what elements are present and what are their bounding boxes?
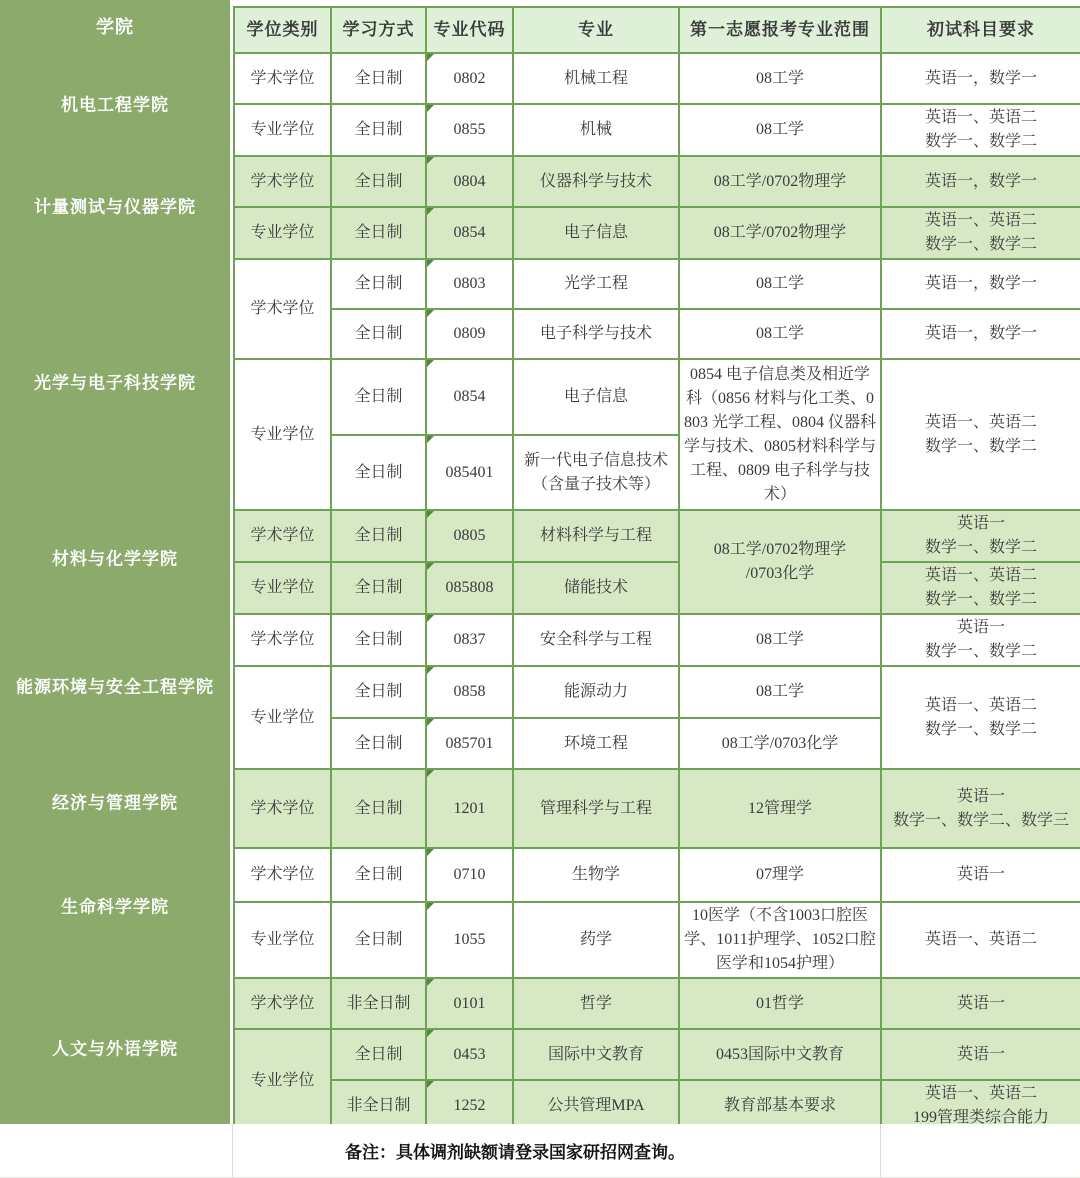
cell-degree: 学术学位 <box>234 848 331 902</box>
col-header-scope: 第一志愿报考专业范围 <box>679 7 881 53</box>
col-header-mode: 学习方式 <box>331 7 426 53</box>
cell-mode: 全日制 <box>331 435 426 510</box>
college-name: 生命科学学院 <box>0 893 230 918</box>
cell-code: 0855 <box>426 104 513 156</box>
cell-mode: 全日制 <box>331 614 426 666</box>
college-column-header: 学院 <box>0 13 230 39</box>
cell-code: 0804 <box>426 156 513 207</box>
cell-code: 0803 <box>426 259 513 309</box>
cell-major: 新一代电子信息技术 （含量子技术等） <box>513 435 679 510</box>
cell-degree: 专业学位 <box>234 666 331 769</box>
college-name: 光学与电子科技学院 <box>0 369 230 394</box>
cell-exam: 英语一、英语二 数学一、数学二 <box>881 104 1080 156</box>
cell-code: 0854 <box>426 359 513 435</box>
cell-corner-flag-icon <box>427 979 434 986</box>
college-name: 计量测试与仪器学院 <box>0 193 230 218</box>
cell-exam: 英语一 <box>881 848 1080 902</box>
cell-corner-flag-icon <box>427 511 434 518</box>
cell-degree: 学术学位 <box>234 53 331 104</box>
cell-corner-flag-icon <box>427 563 434 570</box>
cell-corner-flag-icon <box>427 1081 434 1088</box>
cell-degree: 学术学位 <box>234 769 331 848</box>
cell-code: 0809 <box>426 309 513 359</box>
code-text: 0854 <box>454 224 486 241</box>
cell-corner-flag-icon <box>427 54 434 61</box>
cell-mode: 全日制 <box>331 769 426 848</box>
cell-scope: 10医学（不含1003口腔医学、1011护理学、1052口腔医学和1054护理） <box>679 902 881 978</box>
cell-code: 085401 <box>426 435 513 510</box>
code-text: 0803 <box>454 275 486 292</box>
cell-mode: 全日制 <box>331 156 426 207</box>
cell-mode: 全日制 <box>331 207 426 259</box>
admission-table: 学位类别 学习方式 专业代码 专业 第一志愿报考专业范围 初试科目要求 学术学位… <box>233 6 1080 1133</box>
cell-degree: 专业学位 <box>234 207 331 259</box>
cell-major: 仪器科学与技术 <box>513 156 679 207</box>
cell-mode: 全日制 <box>331 1029 426 1080</box>
table-row: 专业学位 全日制 0854 电子信息 08工学/0702物理学 英语一、英语二 … <box>234 207 1080 259</box>
cell-code: 0710 <box>426 848 513 902</box>
cell-exam: 英语一 数学一、数学二、数学三 <box>881 769 1080 848</box>
code-text: 0710 <box>454 866 486 883</box>
cell-code: 0805 <box>426 510 513 562</box>
cell-mode: 全日制 <box>331 718 426 769</box>
cell-major: 哲学 <box>513 978 679 1029</box>
cell-degree: 专业学位 <box>234 1029 331 1132</box>
table-row: 学术学位 非全日制 0101 哲学 01哲学 英语一 <box>234 978 1080 1029</box>
code-text: 085701 <box>446 735 494 752</box>
cell-corner-flag-icon <box>427 360 434 367</box>
cell-degree: 专业学位 <box>234 359 331 510</box>
cell-scope: 08工学/0702物理学 <box>679 207 881 259</box>
cell-scope: 07理学 <box>679 848 881 902</box>
table-row: 专业学位 全日制 1055 药学 10医学（不含1003口腔医学、1011护理学… <box>234 902 1080 978</box>
cell-corner-flag-icon <box>427 667 434 674</box>
cell-corner-flag-icon <box>427 310 434 317</box>
admission-adjustment-table-page: 学院 机电工程学院 计量测试与仪器学院 光学与电子科技学院 材料与化学学院 能源… <box>0 0 1080 1178</box>
cell-exam: 英语一、英语二 数学一、数学二 <box>881 359 1080 510</box>
table-row: 专业学位 全日制 085808 储能技术 英语一、英语二 数学一、数学二 <box>234 562 1080 614</box>
college-name: 机电工程学院 <box>0 91 230 116</box>
cell-corner-flag-icon <box>427 770 434 777</box>
code-text: 1055 <box>454 931 486 948</box>
code-text: 0802 <box>454 70 486 87</box>
cell-scope: 12管理学 <box>679 769 881 848</box>
cell-mode: 全日制 <box>331 359 426 435</box>
cell-corner-flag-icon <box>427 903 434 910</box>
cell-corner-flag-icon <box>427 719 434 726</box>
cell-scope: 08工学 <box>679 104 881 156</box>
cell-major: 药学 <box>513 902 679 978</box>
cell-mode: 全日制 <box>331 309 426 359</box>
col-header-major: 专业 <box>513 7 679 53</box>
cell-code: 0854 <box>426 207 513 259</box>
cell-major: 环境工程 <box>513 718 679 769</box>
cell-code: 085701 <box>426 718 513 769</box>
cell-scope: 0854 电子信息类及相近学科（0856 材料与化工类、0803 光学工程、08… <box>679 359 881 510</box>
cell-exam: 英语一、英语二 <box>881 902 1080 978</box>
cell-scope: 01哲学 <box>679 978 881 1029</box>
cell-code: 0837 <box>426 614 513 666</box>
col-header-exam: 初试科目要求 <box>881 7 1080 53</box>
table-row: 学术学位 全日制 0804 仪器科学与技术 08工学/0702物理学 英语一，数… <box>234 156 1080 207</box>
college-name: 能源环境与安全工程学院 <box>0 673 230 698</box>
cell-major: 电子信息 <box>513 207 679 259</box>
cell-corner-flag-icon <box>427 1030 434 1037</box>
cell-corner-flag-icon <box>427 105 434 112</box>
cell-degree: 专业学位 <box>234 902 331 978</box>
cell-major: 安全科学与工程 <box>513 614 679 666</box>
cell-degree: 学术学位 <box>234 259 331 359</box>
cell-mode: 全日制 <box>331 562 426 614</box>
cell-code: 0858 <box>426 666 513 718</box>
cell-exam: 英语一 数学一、数学二 <box>881 614 1080 666</box>
code-text: 0453 <box>454 1046 486 1063</box>
cell-corner-flag-icon <box>427 157 434 164</box>
cell-major: 光学工程 <box>513 259 679 309</box>
code-text: 1201 <box>454 800 486 817</box>
cell-exam: 英语一，数学一 <box>881 259 1080 309</box>
table-row: 专业学位 全日制 0858 能源动力 08工学 英语一、英语二 数学一、数学二 <box>234 666 1080 718</box>
cell-exam: 英语一 <box>881 978 1080 1029</box>
cell-corner-flag-icon <box>427 849 434 856</box>
cell-mode: 全日制 <box>331 104 426 156</box>
cell-mode: 全日制 <box>331 848 426 902</box>
code-text: 085808 <box>446 579 494 596</box>
cell-exam: 英语一，数学一 <box>881 53 1080 104</box>
cell-exam: 英语一，数学一 <box>881 156 1080 207</box>
cell-scope: 08工学 <box>679 309 881 359</box>
cell-mode: 非全日制 <box>331 978 426 1029</box>
cell-code: 0101 <box>426 978 513 1029</box>
cell-exam: 英语一、英语二 数学一、数学二 <box>881 562 1080 614</box>
code-text: 0855 <box>454 121 486 138</box>
cell-major: 电子科学与技术 <box>513 309 679 359</box>
cell-code: 085808 <box>426 562 513 614</box>
table-row: 学术学位 全日制 0805 材料科学与工程 08工学/0702物理学 /0703… <box>234 510 1080 562</box>
code-text: 0854 <box>454 388 486 405</box>
cell-major: 机械工程 <box>513 53 679 104</box>
code-text: 0805 <box>454 527 486 544</box>
cell-scope: 08工学 <box>679 614 881 666</box>
note-band: 备注：具体调剂缺额请登录国家研招网查询。 <box>0 1124 1080 1178</box>
cell-corner-flag-icon <box>427 208 434 215</box>
cell-scope: 08工学 <box>679 666 881 718</box>
code-text: 0804 <box>454 173 486 190</box>
code-text: 0101 <box>454 995 486 1012</box>
table-row: 专业学位 全日制 0855 机械 08工学 英语一、英语二 数学一、数学二 <box>234 104 1080 156</box>
cell-major: 生物学 <box>513 848 679 902</box>
table-row: 专业学位 全日制 0453 国际中文教育 0453国际中文教育 英语一 <box>234 1029 1080 1080</box>
cell-code: 0453 <box>426 1029 513 1080</box>
cell-major: 储能技术 <box>513 562 679 614</box>
table-row: 学术学位 全日制 0802 机械工程 08工学 英语一，数学一 <box>234 53 1080 104</box>
note-left-spacer <box>0 1124 233 1178</box>
code-text: 0809 <box>454 325 486 342</box>
cell-mode: 全日制 <box>331 666 426 718</box>
table-row: 学术学位 全日制 0837 安全科学与工程 08工学 英语一 数学一、数学二 <box>234 614 1080 666</box>
table-row: 学术学位 全日制 1201 管理科学与工程 12管理学 英语一 数学一、数学二、… <box>234 769 1080 848</box>
col-header-degree: 学位类别 <box>234 7 331 53</box>
table-row: 学术学位 全日制 0710 生物学 07理学 英语一 <box>234 848 1080 902</box>
table-row: 学术学位 全日制 0803 光学工程 08工学 英语一，数学一 <box>234 259 1080 309</box>
cell-exam: 英语一 <box>881 1029 1080 1080</box>
cell-major: 材料科学与工程 <box>513 510 679 562</box>
cell-degree: 学术学位 <box>234 978 331 1029</box>
code-text: 0858 <box>454 683 486 700</box>
cell-code: 1055 <box>426 902 513 978</box>
cell-major: 管理科学与工程 <box>513 769 679 848</box>
cell-corner-flag-icon <box>427 615 434 622</box>
college-name: 经济与管理学院 <box>0 789 230 814</box>
cell-exam: 英语一，数学一 <box>881 309 1080 359</box>
cell-scope: 08工学/0702物理学 <box>679 156 881 207</box>
cell-scope: 08工学/0702物理学 /0703化学 <box>679 510 881 614</box>
cell-mode: 全日制 <box>331 53 426 104</box>
cell-corner-flag-icon <box>427 260 434 267</box>
college-name: 人文与外语学院 <box>0 1035 230 1060</box>
cell-mode: 全日制 <box>331 259 426 309</box>
cell-major: 电子信息 <box>513 359 679 435</box>
cell-code: 0802 <box>426 53 513 104</box>
cell-major: 能源动力 <box>513 666 679 718</box>
cell-scope: 0453国际中文教育 <box>679 1029 881 1080</box>
code-text: 085401 <box>446 464 494 481</box>
cell-exam: 英语一、英语二 数学一、数学二 <box>881 207 1080 259</box>
cell-degree: 专业学位 <box>234 104 331 156</box>
cell-major: 机械 <box>513 104 679 156</box>
note-right-spacer <box>880 1124 1080 1178</box>
col-header-code: 专业代码 <box>426 7 513 53</box>
cell-code: 1201 <box>426 769 513 848</box>
code-text: 0837 <box>454 631 486 648</box>
cell-degree: 学术学位 <box>234 156 331 207</box>
cell-degree: 学术学位 <box>234 510 331 562</box>
table-row: 专业学位 全日制 0854 电子信息 0854 电子信息类及相近学科（0856 … <box>234 359 1080 435</box>
table-header-row: 学位类别 学习方式 专业代码 专业 第一志愿报考专业范围 初试科目要求 <box>234 7 1080 53</box>
table-row: 全日制 0809 电子科学与技术 08工学 英语一，数学一 <box>234 309 1080 359</box>
cell-corner-flag-icon <box>427 436 434 443</box>
cell-degree: 学术学位 <box>234 614 331 666</box>
cell-scope: 08工学 <box>679 53 881 104</box>
cell-mode: 全日制 <box>331 902 426 978</box>
note-text: 备注：具体调剂缺额请登录国家研招网查询。 <box>233 1124 880 1178</box>
cell-scope: 08工学/0703化学 <box>679 718 881 769</box>
cell-exam: 英语一 数学一、数学二 <box>881 510 1080 562</box>
college-name: 材料与化学学院 <box>0 545 230 570</box>
cell-degree: 专业学位 <box>234 562 331 614</box>
cell-scope: 08工学 <box>679 259 881 309</box>
code-text: 1252 <box>454 1097 486 1114</box>
cell-mode: 全日制 <box>331 510 426 562</box>
cell-major: 国际中文教育 <box>513 1029 679 1080</box>
cell-exam: 英语一、英语二 数学一、数学二 <box>881 666 1080 769</box>
